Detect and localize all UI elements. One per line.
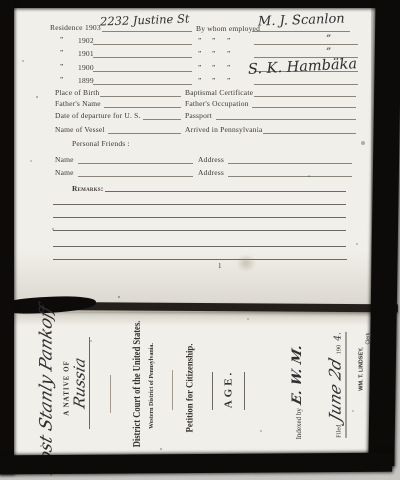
native-of-value-handwritten: Russia <box>73 356 88 410</box>
remarks-line <box>53 259 347 260</box>
ditto-mark: ” <box>60 63 64 71</box>
filed-year-handwritten: 4. <box>335 332 344 341</box>
place-of-birth-line <box>100 96 181 97</box>
arrived-in-pennsylvania-label: Arrived in Pennsylvania <box>185 126 263 134</box>
arrived-line <box>263 133 356 134</box>
remarks-label: Remarks: <box>72 185 103 193</box>
ditto-mark: ” <box>198 77 202 85</box>
indexed-by-label: Indexed by <box>295 408 303 439</box>
friend-address-label: Address <box>198 156 224 164</box>
fathers-name-line <box>104 107 181 108</box>
ditto-mark: ” <box>227 64 231 72</box>
passport-line <box>216 119 356 120</box>
date-of-departure-label: Date of departure for U. S. <box>55 112 141 120</box>
clerk-name: WM. T. LINDSEY, <box>359 347 365 390</box>
employer-line-1899 <box>254 84 358 85</box>
scan-edge-left <box>0 0 14 474</box>
employer-line-1903 <box>252 31 350 32</box>
court-name-title: District Court of the United States. <box>133 321 143 448</box>
residence-year-1900: 1900 <box>78 64 94 72</box>
section-divider-rule <box>110 375 111 413</box>
date-of-departure-line <box>143 119 181 120</box>
residence-label: Residence <box>50 24 83 32</box>
ditto-mark: ” <box>212 64 216 72</box>
name-of-vessel-line <box>108 133 181 134</box>
friend-address-line <box>228 176 352 177</box>
name-of-vessel-label: Name of Vessel <box>55 126 105 134</box>
place-of-birth-label: Place of Birth <box>55 89 99 97</box>
residence-line-1899 <box>93 84 192 85</box>
remarks-line <box>53 217 346 218</box>
friend-name-label: Name <box>55 169 74 177</box>
scan-edge-top <box>0 0 400 8</box>
indexed-by-group: Indexed by E. W. M. <box>289 345 305 440</box>
native-of-rule <box>89 337 90 429</box>
petitioner-name-signature: Kost Stanly Pankoff <box>39 303 56 476</box>
fathers-occupation-label: Father's Occupation <box>185 100 249 108</box>
ditto-mark: ” <box>198 50 202 58</box>
residence-year-1899: 1899 <box>78 77 94 85</box>
residence-year-1901: 1901 <box>78 50 94 58</box>
section-divider-rule <box>244 372 245 410</box>
filed-date-group: Filed June 2d 190 4. <box>328 332 347 438</box>
page-mark: 1 <box>218 263 222 270</box>
paper-smudge <box>236 254 256 272</box>
ditto-mark: ” <box>198 37 202 45</box>
friend-address-label: Address <box>198 169 224 177</box>
section-divider-rule <box>212 372 213 410</box>
section-divider-rule <box>172 370 173 410</box>
passport-label: Passport <box>185 112 212 120</box>
remarks-line <box>53 204 346 205</box>
baptismal-certificate-label: Baptismal Certificate <box>185 89 253 97</box>
ditto-mark: ” <box>227 50 231 58</box>
ditto-mark: ” <box>212 50 216 58</box>
employer-line-1902 <box>254 44 358 45</box>
filed-label: Filed <box>336 424 343 437</box>
friend-name-label: Name <box>55 156 74 164</box>
by-whom-employed-label: By whom employed <box>196 25 260 33</box>
employer-value-handwritten: M. J. Scanlon <box>258 12 345 28</box>
employer-ditto-handwritten: ” <box>326 35 331 45</box>
friend-address-line <box>228 163 352 164</box>
residence-line-1900 <box>93 71 192 72</box>
paper-speckles <box>0 0 2 2</box>
friend-name-line <box>78 176 193 177</box>
residence-value-handwritten: 2232 Justine St <box>100 13 190 28</box>
ditto-mark: ” <box>212 37 216 45</box>
petition-title: Petition for Citizenship. <box>186 344 196 433</box>
fold-shading-lower <box>13 312 371 326</box>
scan-edge-bottom <box>0 453 392 475</box>
residence-line-1903 <box>102 31 192 32</box>
remarks-line <box>53 246 346 247</box>
ditto-mark: ” <box>227 77 231 85</box>
remarks-line <box>53 230 346 231</box>
scan-edge-right <box>368 0 400 466</box>
residence-year-1902: 1902 <box>78 37 94 45</box>
remarks-line <box>105 191 346 192</box>
personal-friends-label: Personal Friends : <box>72 140 130 148</box>
filed-date-handwritten: June 2d <box>328 356 344 423</box>
ditto-mark: ” <box>198 64 202 72</box>
indexed-by-signature: E. W. M. <box>291 343 304 406</box>
friend-name-line <box>78 163 193 164</box>
fathers-name-label: Father's Name <box>55 100 101 108</box>
residence-line-1901 <box>93 57 192 58</box>
filed-year-printed: 190 <box>336 345 343 355</box>
native-of-label: A NATIVE OF <box>64 360 71 416</box>
baptismal-certificate-line <box>254 96 356 97</box>
age-label: AGE. <box>224 370 235 409</box>
fathers-occupation-line <box>252 107 356 108</box>
court-district-subtitle: Western District of Pennsylvania. <box>149 343 155 429</box>
ditto-mark: ” <box>60 36 64 44</box>
ditto-mark: ” <box>212 77 216 85</box>
residence-line-1902 <box>93 44 192 45</box>
scanned-naturalization-record: Residence 1903 2232 Justine St By whom e… <box>0 0 400 480</box>
ditto-mark: ” <box>60 76 64 84</box>
ditto-mark: ” <box>60 49 64 57</box>
ditto-mark: ” <box>227 37 231 45</box>
residence-year-1903: 1903 <box>85 24 101 32</box>
